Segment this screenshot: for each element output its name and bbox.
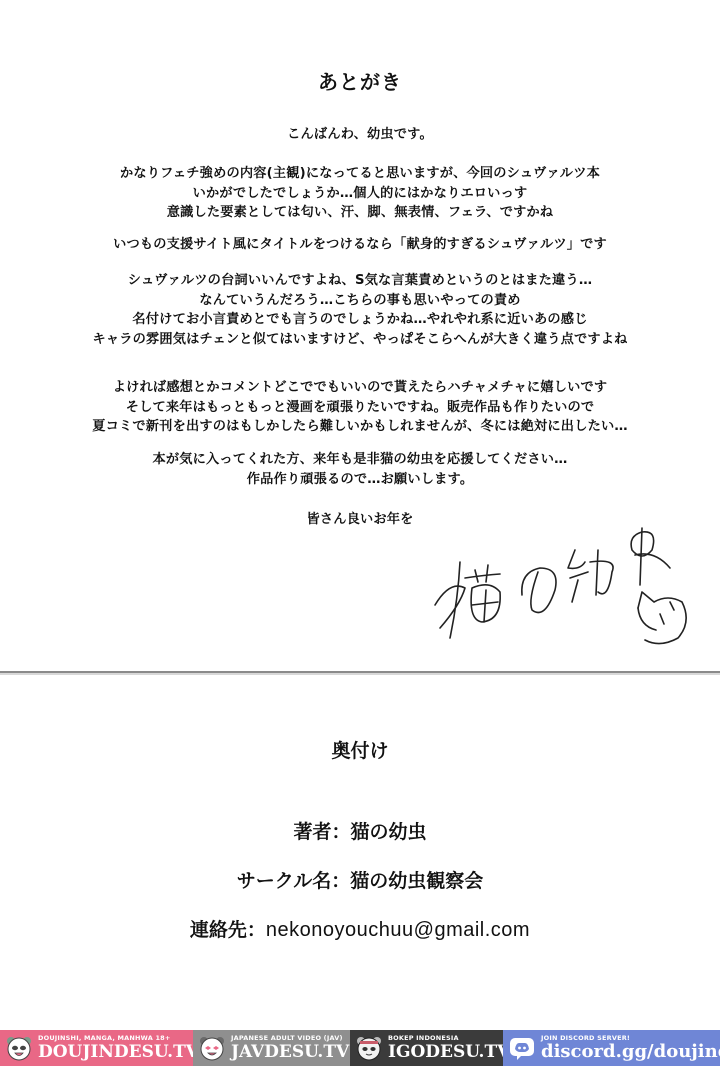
discord-logo-icon xyxy=(509,1035,535,1061)
banner-link-igodesu[interactable]: BOKEP INDONESIA IGODESU.TV xyxy=(350,1030,503,1066)
text-line: よければ感想とかコメントどこででもいいので貰えたらハチャメチャに嬉しいです xyxy=(0,378,720,398)
afterword-paragraph-support: 本が気に入ってくれた方、来年も是非猫の幼虫を応援してください… 作品作り頑張るの… xyxy=(0,450,720,489)
afterword-paragraph-greeting: こんばんわ、幼虫です。 xyxy=(0,125,720,145)
banner-site-name: JAVDESU.TV xyxy=(231,1044,349,1061)
afterword-paragraph-dialogue: シュヴァルツの台詞いいんですよね、S気な言葉責めというのとはまた違う… なんてい… xyxy=(0,271,720,349)
banner-site-name: IGODESU.TV xyxy=(388,1044,503,1061)
banner-link-discord[interactable]: JOIN DISCORD SERVER! discord.gg/doujinde… xyxy=(503,1030,720,1066)
banner-tagline: DOUJINSHI, MANGA, MANHWA 18+ xyxy=(38,1035,193,1042)
colophon-title: 奥付け xyxy=(0,736,720,763)
text-line: 本が気に入ってくれた方、来年も是非猫の幼虫を応援してください… xyxy=(0,450,720,470)
text-line: 夏コミで新刊を出すのはもしかしたら難しいかもしれませんが、冬には絶対に出したい… xyxy=(0,417,720,437)
circle-value: 猫の幼虫観察会 xyxy=(350,870,483,892)
text-line: なんていうんだろう…こちらの事も思いやっての責め xyxy=(0,291,720,311)
banner-link-javdesu[interactable]: JAPANESE ADULT VIDEO (JAV) JAVDESU.TV xyxy=(193,1030,350,1066)
text-line: かなりフェチ強めの内容(主観)になってると思いますが、今回のシュヴァルツ本 xyxy=(0,164,720,184)
banner-tagline: BOKEP INDONESIA xyxy=(388,1035,503,1042)
text-line: キャラの雰囲気はチェンと似てはいますけど、やっぱそこらへんが大きく違う点ですよね xyxy=(0,330,720,350)
text-line: 意識した要素としては匂い、汗、脚、無表情、フェラ、ですかね xyxy=(0,203,720,223)
banner-site-name: discord.gg/doujindesu xyxy=(541,1043,720,1061)
panda-mascot-icon xyxy=(199,1035,225,1061)
contact-email[interactable]: nekonoyouchuu@gmail.com xyxy=(266,919,530,941)
colophon-author: 著者：猫の幼虫 xyxy=(0,817,720,844)
text-line: 作品作り頑張るので…お願いします。 xyxy=(0,470,720,490)
afterword-page: あとがき こんばんわ、幼虫です。 かなりフェチ強めの内容(主観)になってると思い… xyxy=(0,0,720,665)
author-value: 猫の幼虫 xyxy=(351,821,427,843)
afterword-paragraph-title-idea: いつもの支援サイト風にタイトルをつけるなら「献身的すぎるシュヴァルツ」です xyxy=(0,235,720,255)
afterword-title: あとがき xyxy=(0,66,720,95)
text-line: シュヴァルツの台詞いいんですよね、S気な言葉責めというのとはまた違う… xyxy=(0,271,720,291)
author-label: 著者： xyxy=(293,821,350,843)
banner-site-name: DOUJINDESU.TV xyxy=(38,1044,193,1061)
text-line: そして来年はもっともっと漫画を頑張りたいですね。販売作品も作りたいので xyxy=(0,398,720,418)
afterword-paragraph-feedback: よければ感想とかコメントどこででもいいので貰えたらハチャメチャに嬉しいです そし… xyxy=(0,378,720,437)
text-line: 名付けてお小言責めとでも言うのでしょうかね…やれやれ系に近いあの感じ xyxy=(0,310,720,330)
colophon-circle: サークル名：猫の幼虫観察会 xyxy=(0,866,720,893)
panda-mascot-icon xyxy=(6,1035,32,1061)
afterword-paragraph-content: かなりフェチ強めの内容(主観)になってると思いますが、今回のシュヴァルツ本 いか… xyxy=(0,164,720,223)
text-line: いかがでしたでしょうか…個人的にはかなりエロいっす xyxy=(0,184,720,204)
handwritten-signature-icon xyxy=(420,510,690,670)
banner-tagline: JAPANESE ADULT VIDEO (JAV) xyxy=(231,1035,349,1042)
colophon-contact: 連絡先：nekonoyouchuu@gmail.com xyxy=(0,915,720,942)
contact-label: 連絡先： xyxy=(190,919,266,941)
text-line: いつもの支援サイト風にタイトルをつけるなら「献身的すぎるシュヴァルツ」です xyxy=(0,235,720,255)
text-line: こんばんわ、幼虫です。 xyxy=(0,125,720,145)
circle-label: サークル名： xyxy=(237,870,350,892)
ad-banner: DOUJINSHI, MANGA, MANHWA 18+ DOUJINDESU.… xyxy=(0,1030,720,1066)
banner-link-doujindesu[interactable]: DOUJINSHI, MANGA, MANHWA 18+ DOUJINDESU.… xyxy=(0,1030,193,1066)
page-divider-shadow xyxy=(0,673,720,675)
panda-mascot-icon xyxy=(356,1035,382,1061)
